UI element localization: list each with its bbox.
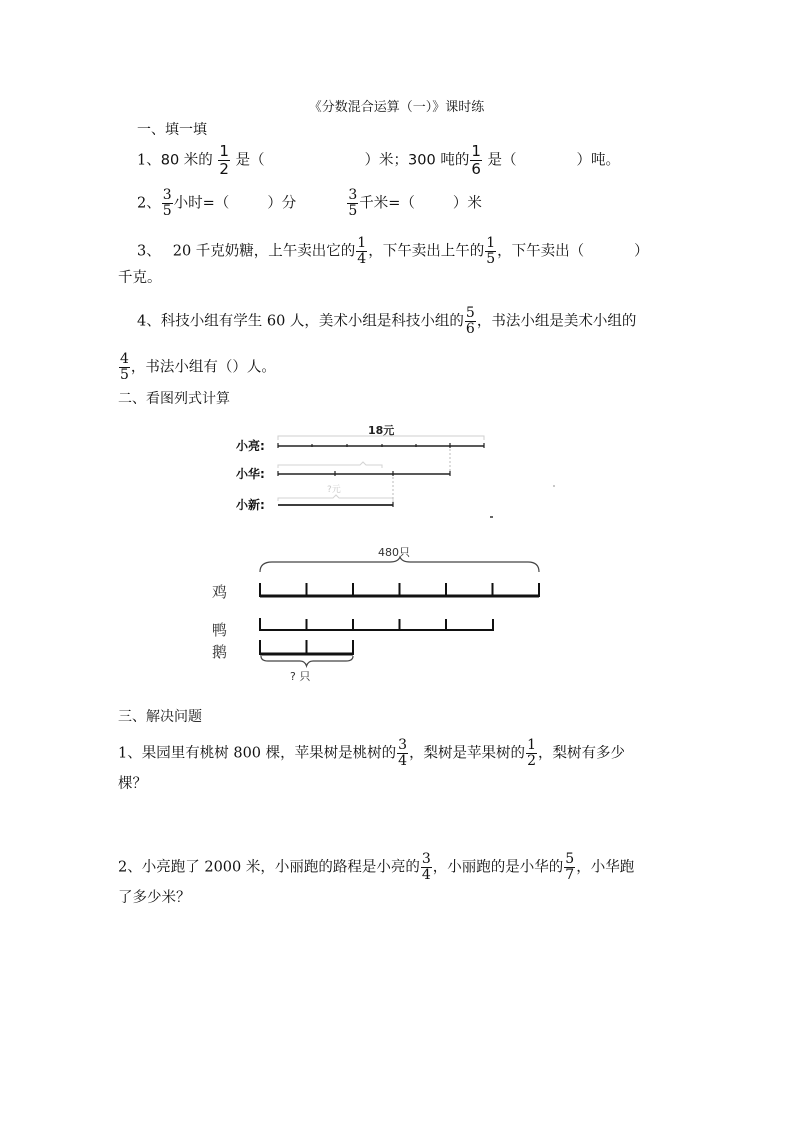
question-number: 4、	[137, 314, 161, 330]
question-text: 千米=（	[359, 196, 415, 212]
fraction: 56	[465, 306, 476, 337]
scan-speck	[490, 516, 493, 518]
question-text: 科技小组有学生 60 人，美术小组是科技小组的	[161, 314, 464, 330]
question-text: 果园里有桃树 800 棵，苹果树是桃树的	[142, 746, 396, 762]
question-3: 3、20 千克奶糖，上午卖出它的14，下午卖出上午的15，下午卖出（）	[137, 236, 649, 267]
question-2: 2、35小时=（）分35千米=（）米	[137, 188, 482, 219]
question-text: ，小华跑	[576, 860, 634, 876]
section-heading-fill-in: 一、填一填	[137, 119, 207, 139]
total-label: 18元	[368, 423, 394, 437]
fraction: 35	[347, 188, 358, 219]
row-label: 小华:	[236, 466, 265, 481]
question-number: 1、	[118, 746, 142, 762]
question-4-continued: 45，书法小组有（）人。	[118, 352, 276, 383]
question-text: 是（	[236, 153, 265, 169]
fraction: 15	[485, 236, 496, 267]
unknown-label: ? 只	[290, 670, 310, 683]
row-label: 鹅	[212, 643, 227, 661]
segment-diagram-money: 18元 小亮: 小华: 小新: ?元	[230, 415, 530, 525]
question-text: 小时=（	[174, 196, 230, 212]
question-text: ，梨树有多少	[538, 746, 625, 762]
question-text: 小亮跑了 2000 米，小丽跑的路程是小亮的	[142, 860, 420, 876]
section-heading-solve: 三、解决问题	[118, 706, 202, 726]
problem-1: 1、果园里有桃树 800 棵，苹果树是桃树的34，梨树是苹果树的12，梨树有多少	[118, 738, 625, 769]
row-label: 小新:	[236, 497, 265, 512]
page-title: 《分数混合运算（一）》课时练	[0, 96, 793, 115]
question-text: ，下午卖出（	[497, 244, 584, 260]
question-text: ，书法小组是美术小组的	[477, 314, 637, 330]
problem-2: 2、小亮跑了 2000 米，小丽跑的路程是小亮的34，小丽跑的是小华的57，小华…	[118, 852, 634, 883]
question-text: ）吨。	[577, 153, 621, 169]
row-label: 鸭	[212, 621, 227, 639]
fraction: 12	[218, 143, 230, 178]
fraction: 14	[356, 236, 367, 267]
question-text: ）米；300 吨的	[365, 153, 470, 169]
row-label: 鸡	[212, 583, 227, 601]
section-heading-diagram: 二、看图列式计算	[118, 388, 230, 408]
question-text: ，小丽跑的是小华的	[433, 860, 564, 876]
question-3-continued: 千克。	[118, 268, 162, 288]
question-text: ，书法小组有（）人。	[131, 360, 276, 376]
problem-1-continued: 棵？	[118, 774, 147, 794]
question-text: ，下午卖出上午的	[368, 244, 484, 260]
question-number: 1、	[137, 153, 161, 169]
problem-2-continued: 了多少米？	[118, 888, 191, 908]
question-text: 是（	[488, 153, 517, 169]
question-number: 3、	[137, 244, 161, 260]
fraction: 34	[397, 738, 408, 769]
fraction: 35	[162, 188, 173, 219]
fraction: 16	[470, 143, 482, 178]
question-number: 2、	[137, 196, 161, 212]
fraction: 57	[564, 852, 575, 883]
row-label: 小亮:	[236, 438, 265, 453]
segment-diagram-poultry: 480只 鸡 鸭 鹅 ? 只	[200, 540, 550, 690]
question-1: 1、80 米的 12 是（）米；300 吨的16 是（）吨。	[137, 143, 620, 178]
fraction: 12	[526, 738, 537, 769]
question-number: 2、	[118, 860, 142, 876]
question-text: 80 米的	[161, 153, 213, 169]
question-text: ）米	[453, 196, 482, 212]
total-label: 480只	[378, 546, 410, 559]
question-text: 20 千克奶糖，上午卖出它的	[173, 244, 356, 260]
question-text: ）	[634, 244, 649, 260]
fraction: 45	[119, 352, 130, 383]
unknown-label: ?元	[327, 484, 341, 495]
question-text: ）分	[267, 196, 296, 212]
question-text: ，梨树是苹果树的	[409, 746, 525, 762]
fraction: 34	[421, 852, 432, 883]
question-4: 4、科技小组有学生 60 人，美术小组是科技小组的56，书法小组是美术小组的	[137, 306, 636, 337]
scan-speck	[553, 485, 555, 487]
